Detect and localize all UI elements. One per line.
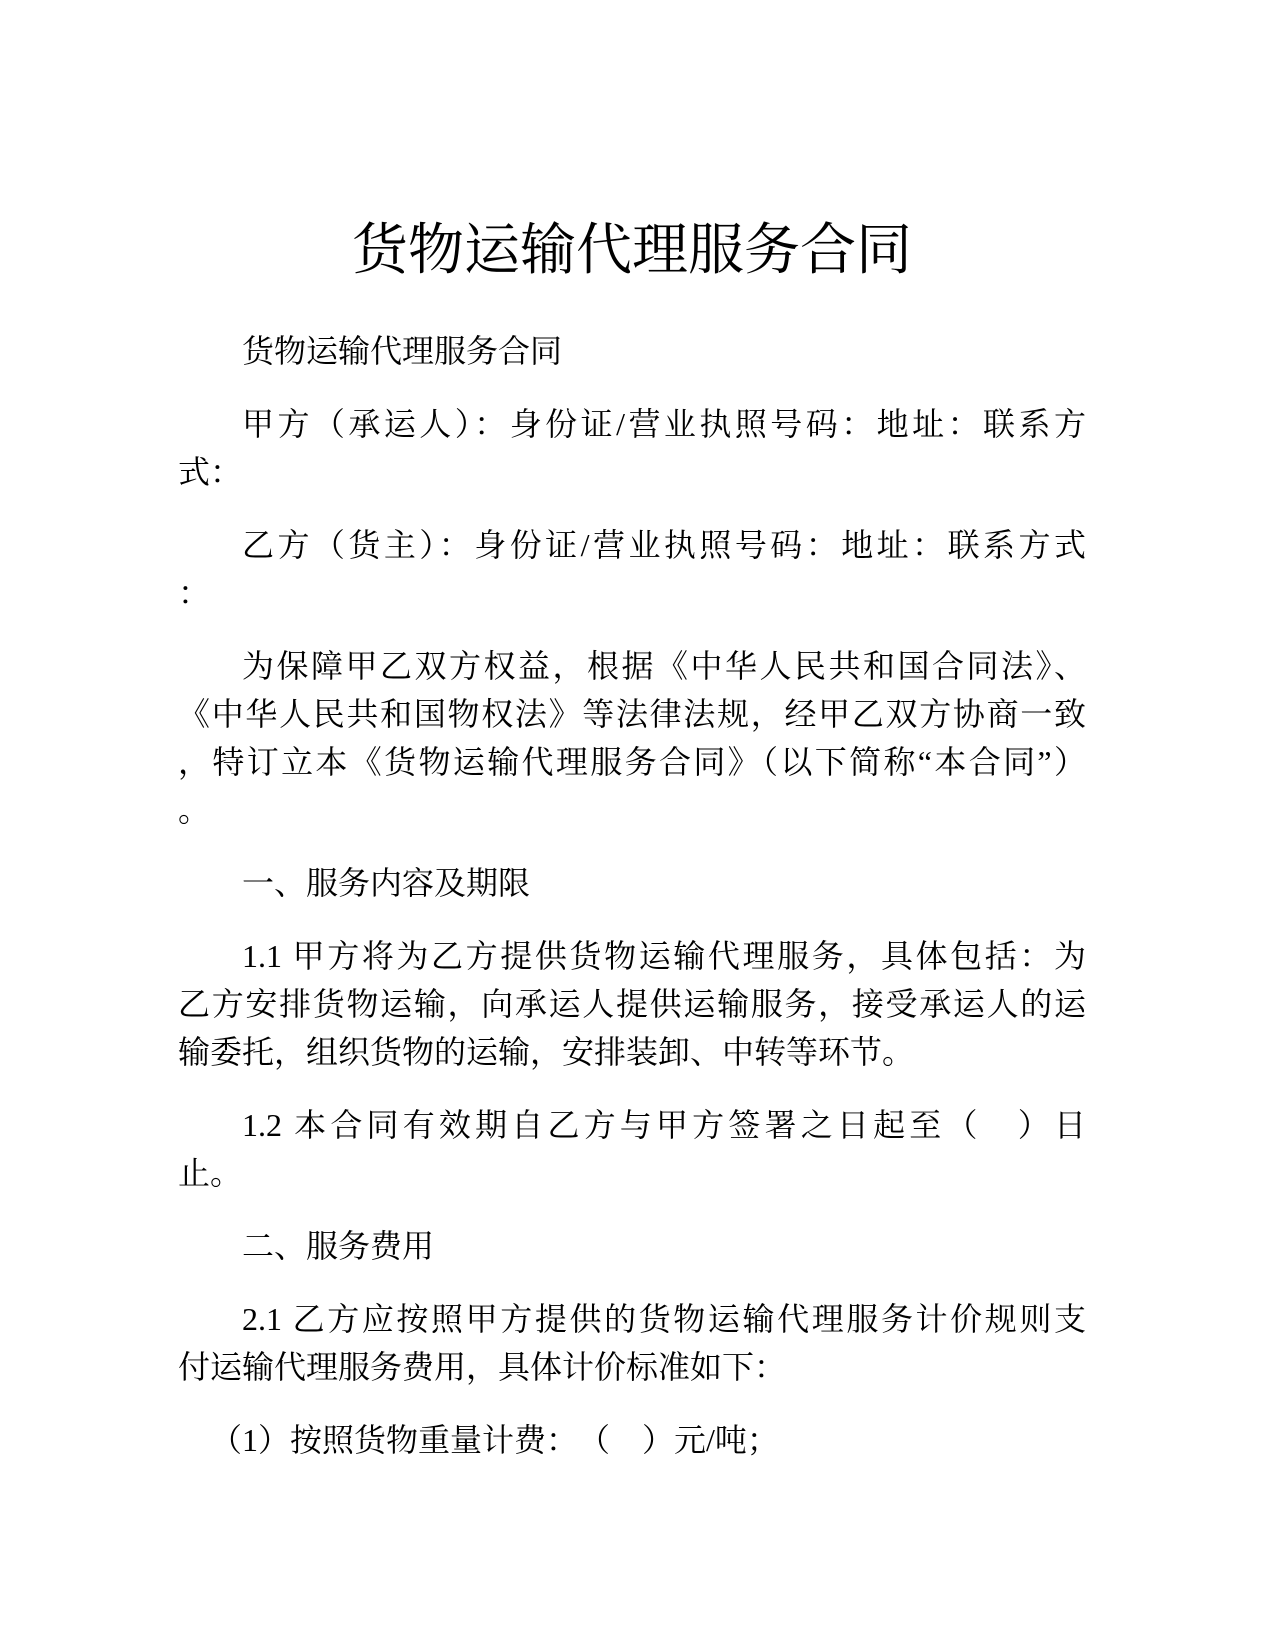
paragraph-clause-1-1: 1.1 甲方将为乙方提供货物运输代理服务，具体包括：为 乙方安排货物运输，向承运… [178,932,1086,1076]
paragraph-fee-item-1: （1）按照货物重量计费： （ ）元/吨； [178,1416,1086,1464]
text-line: 二、服务费用 [178,1222,1086,1270]
text-line: ： [178,569,1086,617]
text-line: 。 [178,786,1086,834]
paragraph-preamble: 为保障甲乙双方权益，根据《中华人民共和国合同法》、 《中华人民共和国物权法》等法… [178,642,1086,834]
text-line: 付运输代理服务费用，具体计价标准如下： [178,1343,1086,1391]
text-line: 货物运输代理服务合同 [178,327,1086,375]
text-line: 输委托，组织货物的运输，安排装卸、中转等环节。 [178,1028,1086,1076]
text-line: 乙方安排货物运输，向承运人提供运输服务，接受承运人的运 [178,980,1086,1028]
paragraph-party-a: 甲方（承运人）：身份证/营业执照号码：地址：联系方 式： [178,400,1086,496]
paragraph-document-name: 货物运输代理服务合同 [178,327,1086,375]
paragraph-clause-2-1: 2.1 乙方应按照甲方提供的货物运输代理服务计价规则支 付运输代理服务费用，具体… [178,1295,1086,1391]
text-line: 甲方（承运人）：身份证/营业执照号码：地址：联系方 [178,400,1086,448]
text-line: 为保障甲乙双方权益，根据《中华人民共和国合同法》、 [178,642,1086,690]
text-line: ，特订立本《货物运输代理服务合同》（以下简称“本合同”） [178,738,1086,786]
text-line: 式： [178,448,1086,496]
heading-section-1: 一、服务内容及期限 [178,859,1086,907]
text-line: 2.1 乙方应按照甲方提供的货物运输代理服务计价规则支 [178,1295,1086,1343]
paragraph-clause-1-2: 1.2 本合同有效期自乙方与甲方签署之日起至（ ）日 止。 [178,1101,1086,1197]
text-line: 1.1 甲方将为乙方提供货物运输代理服务，具体包括：为 [178,932,1086,980]
document-title: 货物运输代理服务合同 [178,212,1086,290]
text-line: 1.2 本合同有效期自乙方与甲方签署之日起至（ ）日 [178,1101,1086,1149]
contract-page: 货物运输代理服务合同 货物运输代理服务合同 甲方（承运人）：身份证/营业执照号码… [0,0,1275,1650]
paragraph-party-b: 乙方（货主）：身份证/营业执照号码：地址：联系方式 ： [178,521,1086,617]
text-line: 一、服务内容及期限 [178,859,1086,907]
text-line: 乙方（货主）：身份证/营业执照号码：地址：联系方式 [178,521,1086,569]
heading-section-2: 二、服务费用 [178,1222,1086,1270]
text-line: 《中华人民共和国物权法》等法律法规，经甲乙双方协商一致 [178,690,1086,738]
text-line: 止。 [178,1149,1086,1197]
text-line: （1）按照货物重量计费： （ ）元/吨； [178,1416,1086,1464]
